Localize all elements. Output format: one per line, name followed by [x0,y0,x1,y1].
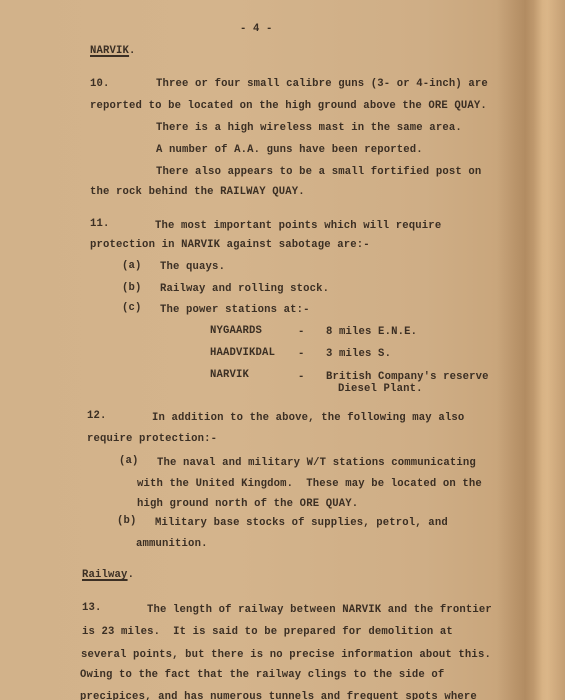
para-13-line: is 23 miles. It is said to be prepared f… [82,625,453,639]
para-11-line: protection in NARVIK against sabotage ar… [90,238,370,252]
para-13-line: Owing to the fact that the railway cling… [80,668,444,682]
list-item-text: high ground north of the ORE QUAY. [137,497,358,511]
page-number: - 4 - [240,22,273,36]
para-10-line: A number of A.A. guns have been reported… [156,143,423,157]
station-name: NYGAARDS [210,324,262,338]
list-item-text: The quays. [160,260,225,274]
para-10-line: reported to be located on the high groun… [90,99,487,113]
para-13-line: several points, but there is no precise … [81,648,491,662]
para-12-line: In addition to the above, the following … [152,411,464,425]
para-10-number: 10. [90,77,110,91]
station-location-cont: Diesel Plant. [338,382,423,396]
station-dash: - [298,370,305,384]
para-13-line: precipices, and has numerous tunnels and… [80,690,477,700]
para-11-number: 11. [90,217,110,231]
list-item-label: (c) [122,301,142,315]
section-heading-railway: Railway. [82,568,134,582]
para-13-line: The length of railway between NARVIK and… [147,603,492,617]
para-10-line: Three or four small calibre guns (3- or … [156,77,488,91]
list-item-text: ammunition. [136,537,208,551]
station-location: 8 miles E.N.E. [326,325,417,339]
para-13-number: 13. [82,601,102,615]
para-12-number: 12. [87,409,107,423]
page-fold-shadow [495,0,565,700]
para-10-line: the rock behind the RAILWAY QUAY. [90,185,305,199]
para-12-line: require protection:- [87,432,217,446]
heading-narvik-period: . [129,45,136,57]
list-item-text: The power stations at:- [160,303,310,317]
list-item-label: (b) [122,281,142,295]
list-item-text: with the United Kingdom. These may be lo… [137,477,482,491]
station-name: NARVIK [210,368,249,382]
list-item-label: (a) [122,259,142,273]
list-item-text: Military base stocks of supplies, petrol… [155,516,448,530]
station-location: 3 miles S. [326,347,391,361]
station-dash: - [298,325,305,339]
list-item-text: The naval and military W/T stations comm… [157,456,476,470]
list-item-label: (b) [117,514,137,528]
list-item-text: Railway and rolling stock. [160,282,329,296]
heading-railway-text: Railway [82,569,128,581]
heading-railway-period: . [128,569,135,581]
station-dash: - [298,347,305,361]
list-item-label: (a) [119,454,139,468]
typewritten-page: - 4 - NARVIK. 10. Three or four small ca… [0,0,565,700]
section-heading-narvik: NARVIK. [90,44,136,58]
para-11-line: The most important points which will req… [155,219,441,233]
para-10-line: There also appears to be a small fortifi… [156,165,481,179]
heading-narvik-text: NARVIK [90,45,129,57]
para-10-line: There is a high wireless mast in the sam… [156,121,462,135]
station-name: HAADVIKDAL [210,346,275,360]
